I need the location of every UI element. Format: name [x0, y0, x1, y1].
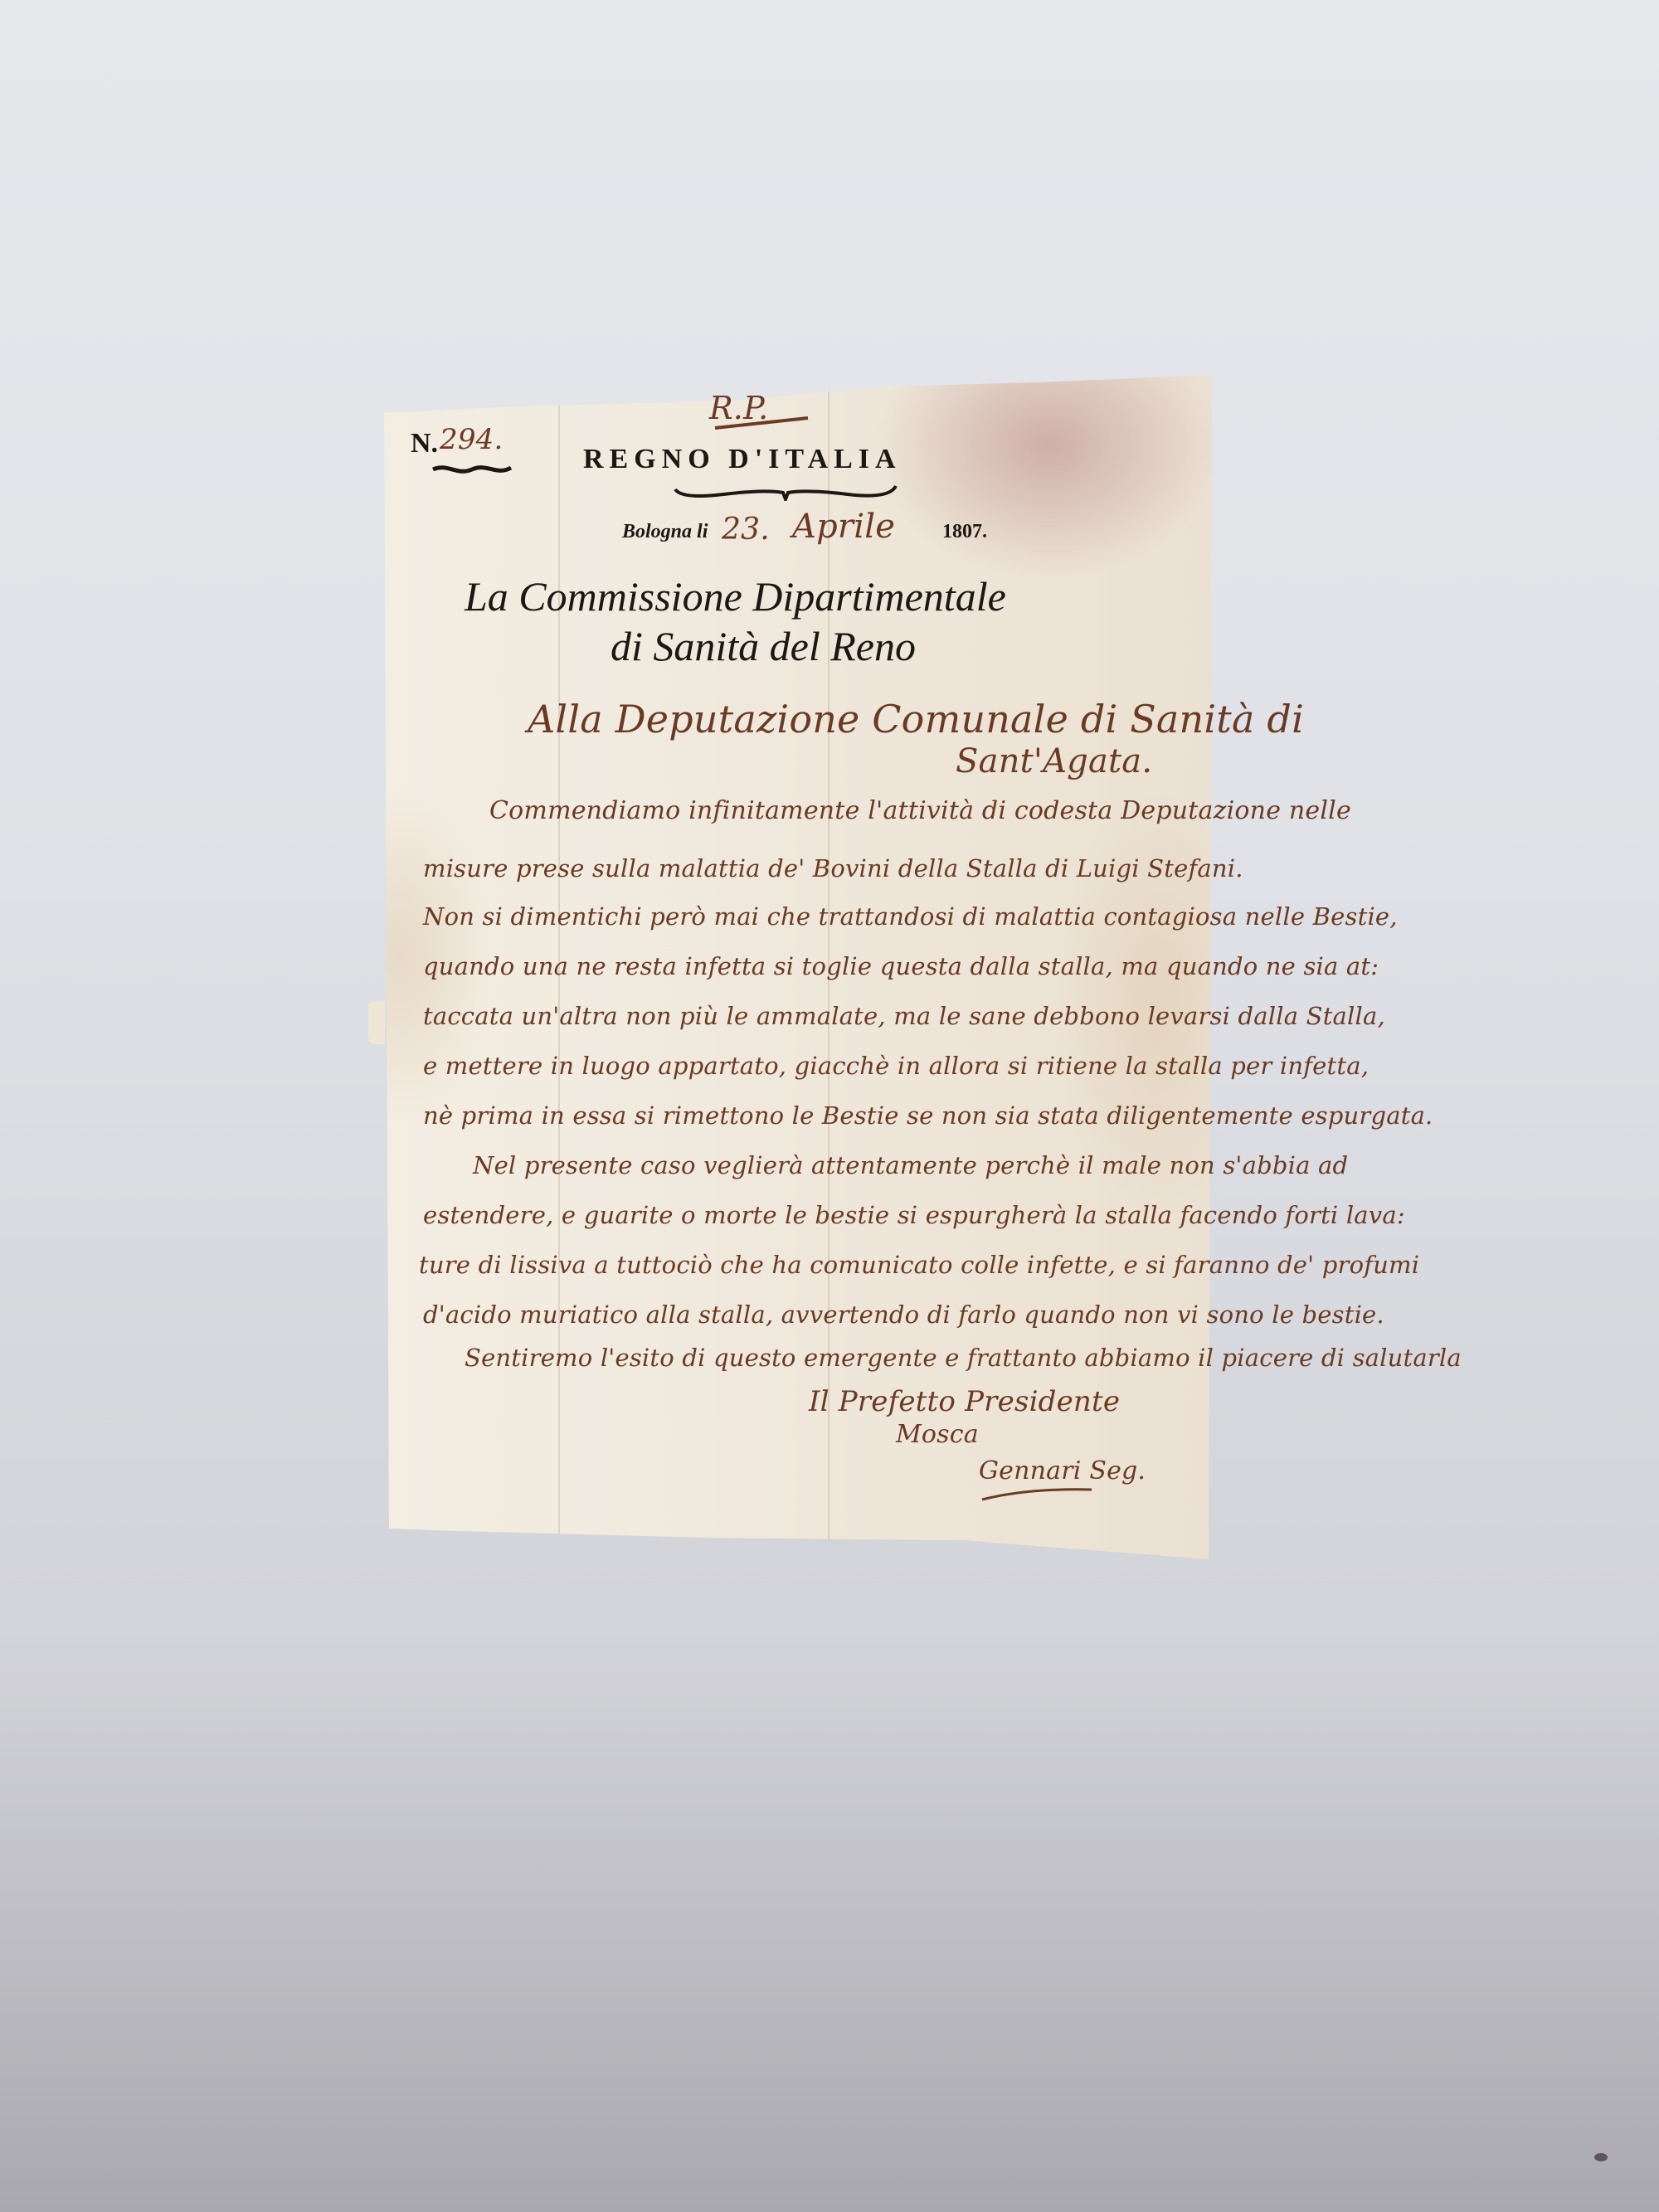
- issuer-title-line1: La Commissione Dipartimentale: [465, 572, 1006, 620]
- paper-torn-tab: [368, 1001, 385, 1044]
- countersignature: Gennari Seg.: [979, 1456, 1146, 1485]
- issuer-title-line2: di Sanità del Reno: [611, 622, 916, 670]
- body-line: misure prese sulla malattia de' Bovini d…: [423, 854, 1243, 882]
- body-line: Nel presente caso veglierà attentamente …: [473, 1151, 1348, 1179]
- body-line: e mettere in luogo appartato, giacchè in…: [423, 1052, 1369, 1080]
- body-line: Commendiamo infinitamente l'attività di …: [489, 796, 1351, 825]
- underline-flourish-icon: [712, 415, 811, 431]
- body-line: Non si dimentichi però mai che trattando…: [423, 902, 1398, 931]
- body-line: Sentiremo l'esito di questo emergente e …: [465, 1344, 1462, 1372]
- signature-title: Il Prefetto Presidente: [809, 1385, 1120, 1418]
- addressee-line2: Sant'Agata.: [956, 742, 1152, 780]
- body-line: quando una ne resta infetta si toglie qu…: [423, 952, 1379, 980]
- date-month: Aprile: [792, 508, 895, 546]
- protocol-number-value: 294.: [440, 423, 504, 456]
- date-day: 23.: [722, 513, 770, 547]
- signature-name: Mosca: [896, 1420, 979, 1449]
- body-line: ture di lissiva a tuttociò che ha comuni…: [419, 1251, 1419, 1279]
- place-label: Bologna li: [622, 521, 708, 543]
- brace-ornament-icon: [674, 483, 898, 501]
- body-line: taccata un'altra non più le ammalate, ma…: [423, 1002, 1385, 1030]
- background-speck: [1594, 2153, 1608, 2161]
- protocol-number-label: N.: [411, 428, 438, 459]
- body-line: nè prima in essa si rimettono le Bestie …: [423, 1101, 1433, 1130]
- swash-ornament-icon: [431, 463, 513, 476]
- date-year: 1807.: [942, 521, 987, 543]
- body-line: d'acido muriatico alla stalla, avvertend…: [423, 1300, 1384, 1329]
- body-line: estendere, e guarite o morte le bestie s…: [423, 1201, 1405, 1229]
- signature-flourish-icon: [979, 1485, 1095, 1503]
- letterhead-title: REGNO D'ITALIA: [583, 444, 902, 475]
- addressee-line1: Alla Deputazione Comunale di Sanità di: [528, 697, 1304, 741]
